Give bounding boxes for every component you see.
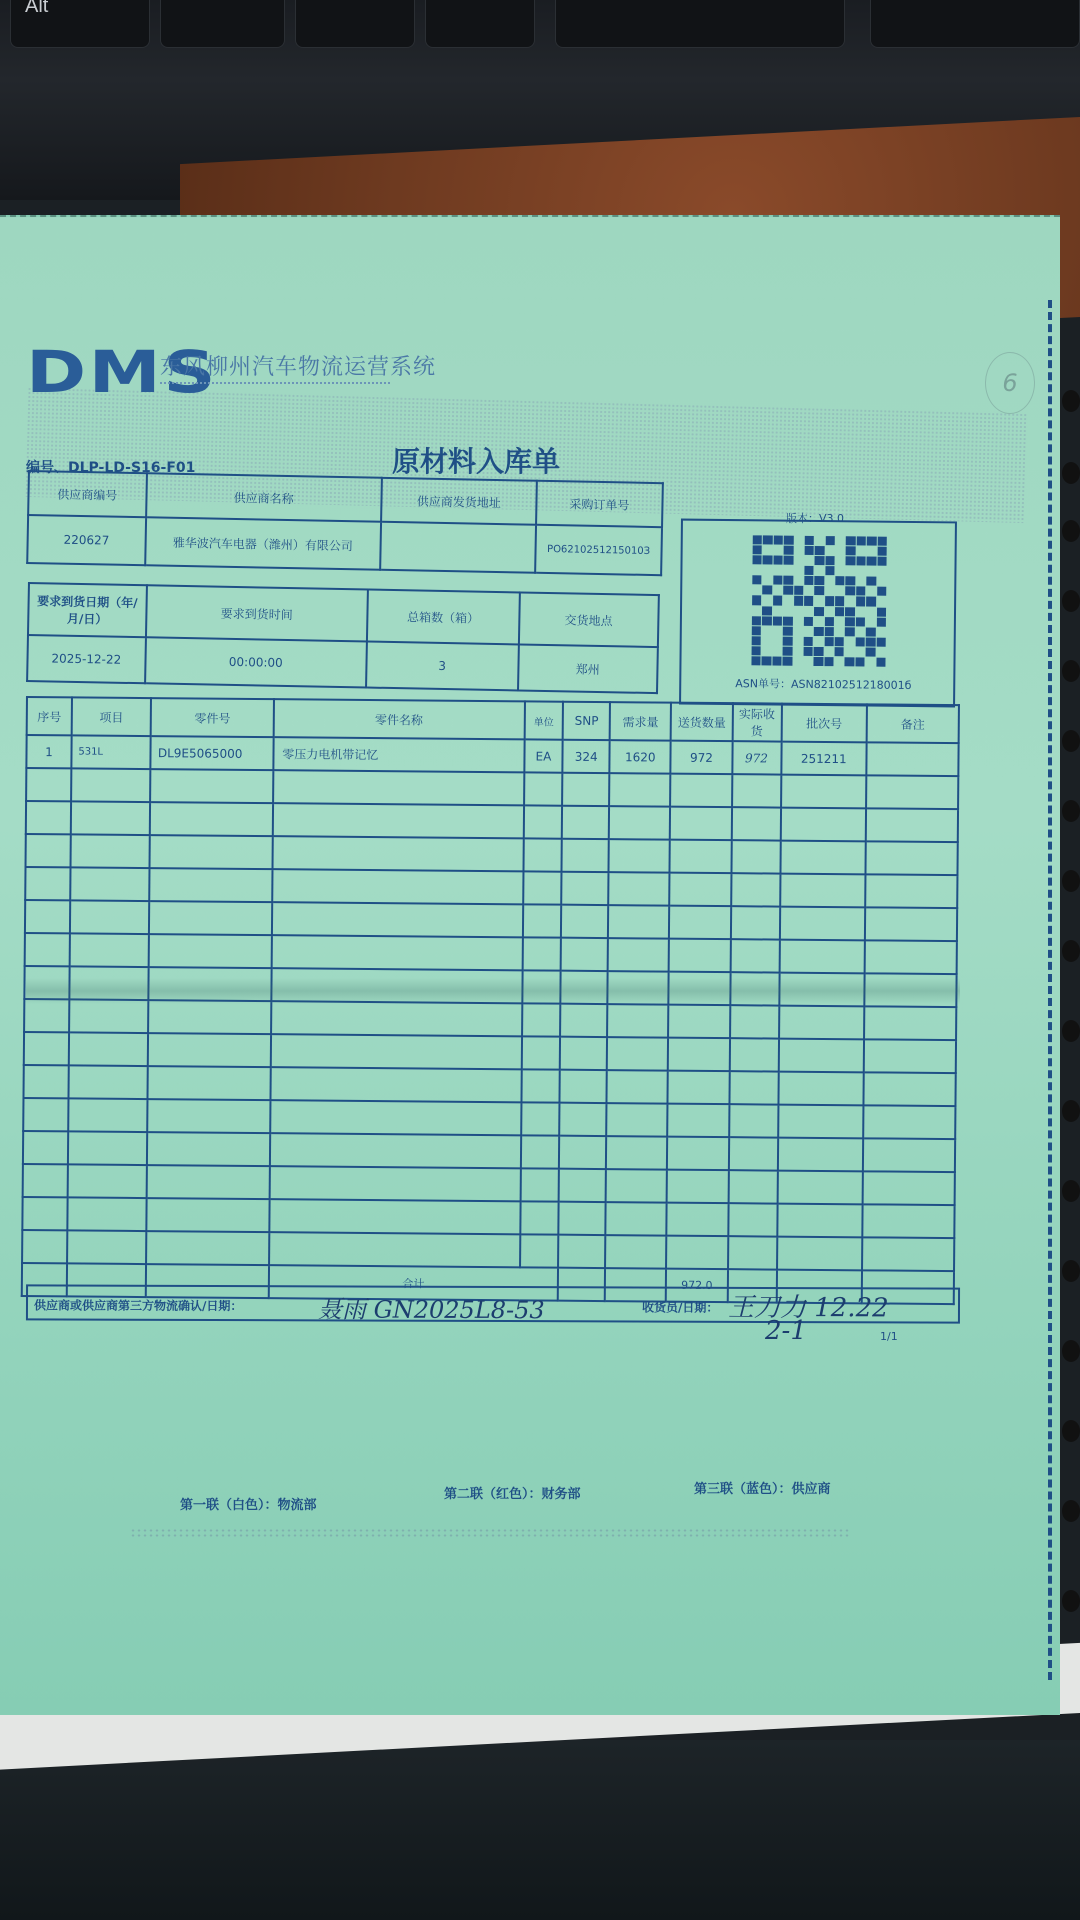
handwritten-circled-mark: 6 <box>985 352 1035 414</box>
supplier-code: 220627 <box>27 515 146 565</box>
paper-fold-crease <box>26 978 960 1004</box>
column-header: 项目 <box>72 697 152 736</box>
required-arrival-time: 00:00:00 <box>145 637 367 687</box>
column-header: 批次号 <box>781 704 867 743</box>
header-cell: 供应商编号 <box>28 471 146 517</box>
header-cell: 总箱数（箱） <box>367 590 520 645</box>
column-header: SNP <box>563 702 610 740</box>
column-header: 序号 <box>27 697 72 735</box>
keyboard-key <box>425 0 535 48</box>
perforation-line <box>1048 300 1052 1680</box>
supplier-info-table: 供应商编号 供应商名称 供应商发货地址 采购订单号 220627 雅华波汽车电器… <box>26 470 664 576</box>
cell-remark <box>866 742 958 776</box>
faded-print-line <box>130 1528 850 1538</box>
keyboard-key <box>160 0 285 48</box>
supplier-confirm-label: 供应商或供应商第三方物流确认/日期： <box>34 1296 242 1314</box>
header-cell: 采购订单号 <box>536 481 663 527</box>
keyboard-key <box>295 0 415 48</box>
supplier-confirm-signature: 聂雨 GN2025L8-53 <box>318 1289 545 1325</box>
total-boxes: 3 <box>366 642 518 691</box>
page-number: 1/1 <box>880 1330 898 1343</box>
keyboard-key <box>555 0 845 48</box>
cell-project: 531L <box>71 735 151 769</box>
receiver-label: 收货员/日期： <box>642 1299 718 1316</box>
cell-batch-number: 251211 <box>781 742 867 776</box>
delivery-info-table: 要求到货日期（年/月/日） 要求到货时间 总箱数（箱） 交货地点 2025-12… <box>26 582 660 694</box>
keyboard-key <box>870 0 1080 48</box>
copy-label-red: 第二联（红色）：财务部 <box>444 1483 581 1502</box>
copy-label-white: 第一联（白色）：物流部 <box>180 1494 317 1513</box>
header-cell: 要求到货日期（年/月/日） <box>28 583 147 637</box>
dark-cloth-background <box>0 1740 1080 1920</box>
system-name: 东风柳州汽车物流运营系统 <box>160 350 436 381</box>
asn-number-line: ASN单号：ASN8210251218001б <box>735 675 911 693</box>
qr-code-icon <box>751 535 886 666</box>
cell-part-number: DL9E5065000 <box>151 736 274 770</box>
supplier-address <box>380 522 536 573</box>
delivery-location: 郑州 <box>518 644 658 693</box>
column-header: 需求量 <box>610 702 672 741</box>
receiver-signature-note: 2-1 <box>765 1316 807 1346</box>
header-cell: 供应商名称 <box>146 473 382 522</box>
document-title: 原材料入库单 <box>392 440 560 480</box>
receiver-signature: 王刀力 12.22 <box>728 1287 889 1325</box>
cell-seq: 1 <box>26 735 71 768</box>
column-header: 实际收货 <box>732 703 781 741</box>
cell-snp: 324 <box>563 740 610 773</box>
column-header: 零件号 <box>151 698 274 737</box>
asn-label: ASN单号 <box>735 677 780 690</box>
cell-demand-qty: 1620 <box>610 740 671 774</box>
column-header: 零件名称 <box>273 699 524 739</box>
cell-unit: EA <box>524 739 563 772</box>
supplier-name: 雅华波汽车电器（潍州）有限公司 <box>145 517 381 570</box>
purchase-order-number: PO6210251215010З <box>535 525 662 575</box>
header-cell: 交货地点 <box>518 592 658 647</box>
asn-number: ASN8210251218001б <box>791 678 912 692</box>
column-header: 送货数量 <box>671 703 733 742</box>
copy-label-blue: 第三联（蓝色）：供应商 <box>694 1478 831 1497</box>
header-cell: 要求到货时间 <box>146 585 368 641</box>
column-header: 备注 <box>867 704 959 743</box>
tractor-feed-holes <box>1062 390 1080 1690</box>
cell-part-name: 零压力电机带记忆 <box>273 737 524 772</box>
key-label: Alt <box>25 0 48 18</box>
cell-delivered-qty: 972 <box>671 741 732 775</box>
column-header: 单位 <box>524 701 563 739</box>
qr-code-box: ASN单号：ASN8210251218001б <box>679 519 957 708</box>
system-name-underline <box>160 382 390 392</box>
cell-actual-received-handwritten: 972 <box>732 741 781 774</box>
header-cell: 供应商发货地址 <box>381 478 537 525</box>
signature-row: 供应商或供应商第三方物流确认/日期： 聂雨 GN2025L8-53 收货员/日期… <box>26 1284 960 1323</box>
keyboard-key-alt: Alt <box>10 0 150 48</box>
required-arrival-date: 2025-12-22 <box>27 635 146 683</box>
